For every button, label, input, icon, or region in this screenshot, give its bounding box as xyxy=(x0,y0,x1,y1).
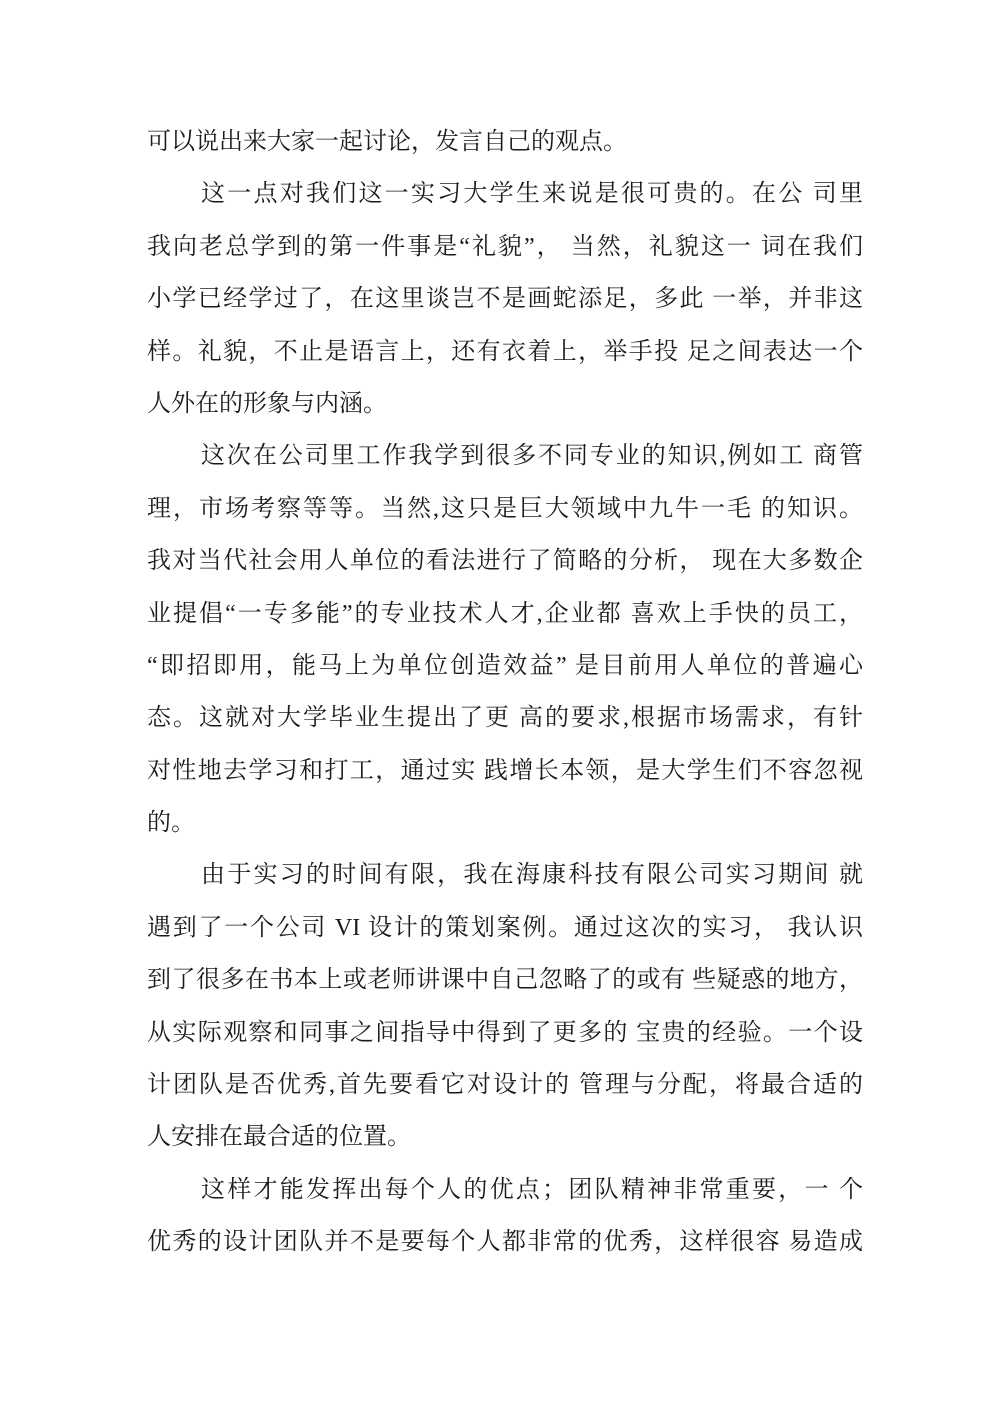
document-page: 可以说出来大家一起讨论，发言自己的观点。 这一点对我们这一实习大学生来说是很可贵… xyxy=(0,0,1000,1415)
text-line: 的。 xyxy=(147,797,863,849)
text-line: 优秀的设计团队并不是要每个人都非常的优秀，这样很容 易造成 xyxy=(147,1216,863,1268)
text-line: 理，市场考察等等。当然,这只是巨大领域中九牛一毛 的知识。 xyxy=(147,483,863,535)
text-line: 从实际观察和同事之间指导中得到了更多的 宝贵的经验。一个设 xyxy=(147,1007,863,1059)
paragraph: 这一点对我们这一实习大学生来说是很可贵的。在公 司里 我向老总学到的第一件事是“… xyxy=(147,168,863,430)
paragraph: 这样才能发挥出每个人的优点；团队精神非常重要，一 个 优秀的设计团队并不是要每个… xyxy=(147,1164,863,1269)
text-line: 可以说出来大家一起讨论，发言自己的观点。 xyxy=(147,116,863,168)
paragraph: 由于实习的时间有限，我在海康科技有限公司实习期间 就 遇到了一个公司 VI 设计… xyxy=(147,849,863,1163)
text-line: 我对当代社会用人单位的看法进行了简略的分析， 现在大多数企 xyxy=(147,535,863,587)
text-line: 这次在公司里工作我学到很多不同专业的知识,例如工 商管 xyxy=(147,430,863,482)
text-line: 到了很多在书本上或老师讲课中自己忽略了的或有 些疑惑的地方， xyxy=(147,954,863,1006)
text-line: 人外在的形象与内涵。 xyxy=(147,378,863,430)
text-line: 我向老总学到的第一件事是“礼貌”， 当然，礼貌这一 词在我们 xyxy=(147,221,863,273)
document-text: 可以说出来大家一起讨论，发言自己的观点。 这一点对我们这一实习大学生来说是很可贵… xyxy=(147,116,863,1269)
text-line: 由于实习的时间有限，我在海康科技有限公司实习期间 就 xyxy=(147,849,863,901)
text-line: 遇到了一个公司 VI 设计的策划案例。通过这次的实习， 我认识 xyxy=(147,902,863,954)
paragraph: 可以说出来大家一起讨论，发言自己的观点。 xyxy=(147,116,863,168)
text-line: 态。这就对大学毕业生提出了更 高的要求,根据市场需求，有针 xyxy=(147,692,863,744)
text-line: 这一点对我们这一实习大学生来说是很可贵的。在公 司里 xyxy=(147,168,863,220)
text-line: 业提倡“一专多能”的专业技术人才,企业都 喜欢上手快的员工， xyxy=(147,588,863,640)
text-line: 这样才能发挥出每个人的优点；团队精神非常重要，一 个 xyxy=(147,1164,863,1216)
text-line: 小学已经学过了，在这里谈岂不是画蛇添足，多此 一举，并非这 xyxy=(147,273,863,325)
paragraph: 这次在公司里工作我学到很多不同专业的知识,例如工 商管 理，市场考察等等。当然,… xyxy=(147,430,863,849)
text-line: 计团队是否优秀,首先要看它对设计的 管理与分配，将最合适的 xyxy=(147,1059,863,1111)
text-line: 人安排在最合适的位置。 xyxy=(147,1111,863,1163)
text-line: 对性地去学习和打工，通过实 践增长本领，是大学生们不容忽视 xyxy=(147,745,863,797)
text-line: 样。礼貌，不止是语言上，还有衣着上，举手投 足之间表达一个 xyxy=(147,326,863,378)
text-line: “即招即用，能马上为单位创造效益” 是目前用人单位的普遍心 xyxy=(147,640,863,692)
